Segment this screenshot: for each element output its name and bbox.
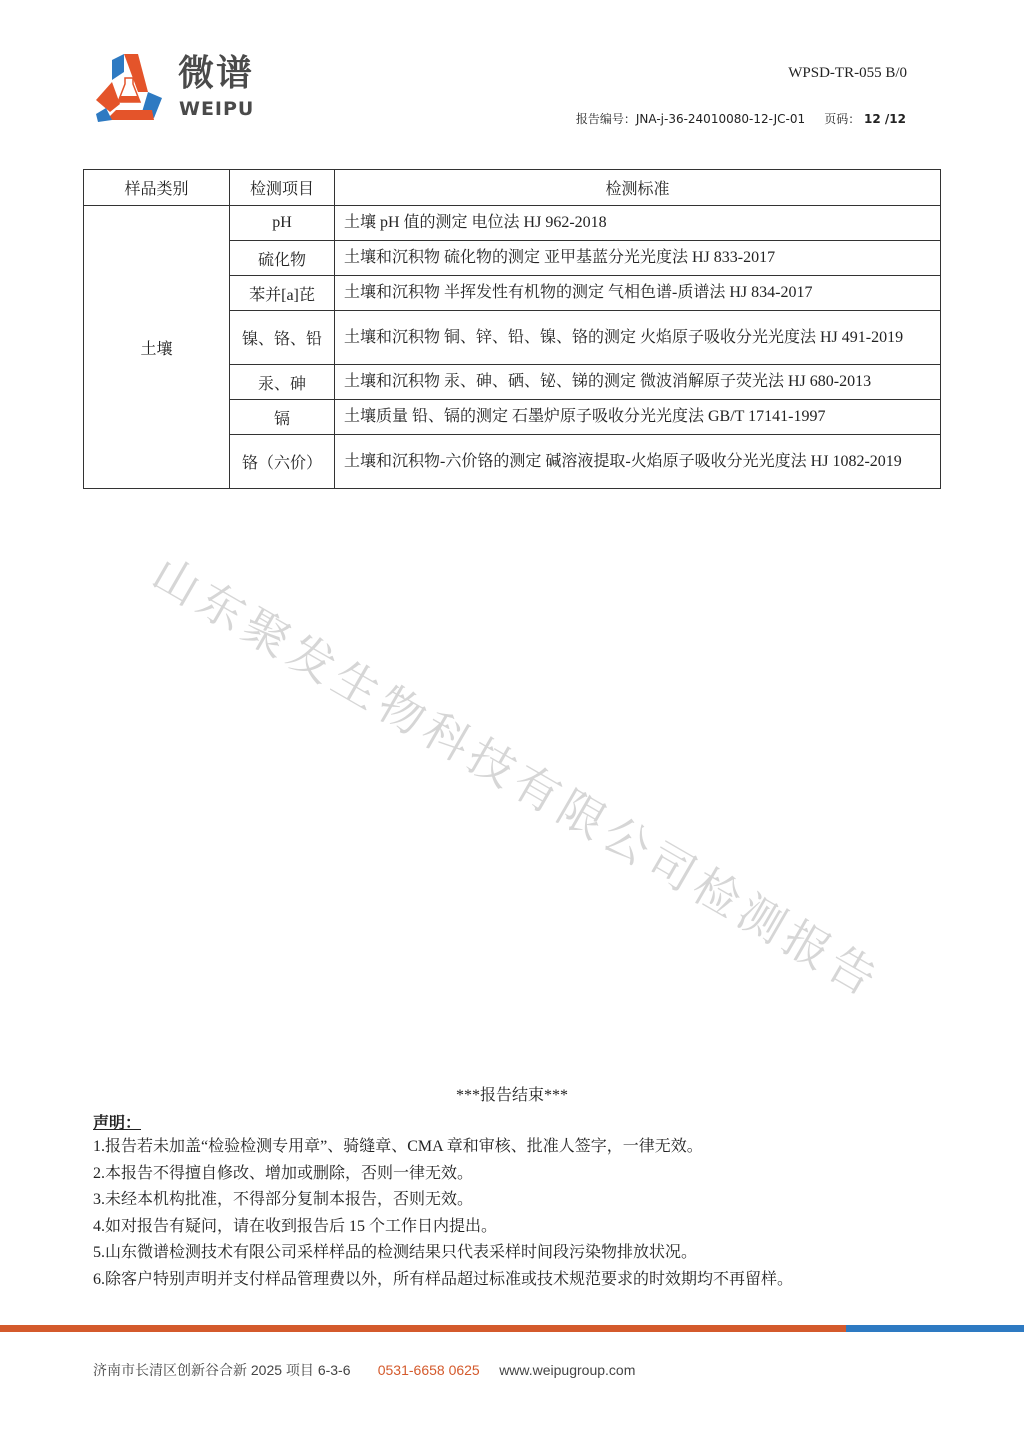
table-row: 土壤 pH 土壤 pH 值的测定 电位法 HJ 962-2018 [84, 206, 941, 241]
test-item-cell: pH [230, 206, 335, 241]
test-standard-cell: 土壤和沉积物 铜、锌、铅、镍、铬的测定 火焰原子吸收分光光度法 HJ 491-2… [335, 311, 941, 365]
footer-website: www.weipugroup.com [499, 1362, 635, 1378]
report-number: JNA-j-36-24010080-12-JC-01 [636, 112, 805, 126]
test-item-cell: 硫化物 [230, 241, 335, 276]
watermark: 山东聚发生物科技有限公司检测报告 [142, 538, 896, 1011]
test-item-cell: 镉 [230, 400, 335, 435]
header-sample-category: 样品类别 [84, 170, 230, 206]
test-standard-cell: 土壤质量 铅、镉的测定 石墨炉原子吸收分光光度法 GB/T 17141-1997 [335, 400, 941, 435]
report-number-label: 报告编号： [576, 112, 636, 126]
declaration-list: 1.报告若未加盖“检验检测专用章”、骑缝章、CMA 章和审核、批准人签字，一律无… [93, 1134, 793, 1293]
footer-address: 济南市长清区创新谷合新 2025 项目 6-3-6 [93, 1362, 351, 1378]
weipu-logo-icon [92, 52, 166, 126]
test-standard-cell: 土壤和沉积物 硫化物的测定 亚甲基蓝分光光度法 HJ 833-2017 [335, 241, 941, 276]
test-standard-cell: 土壤和沉积物 半挥发性有机物的测定 气相色谱-质谱法 HJ 834-2017 [335, 276, 941, 311]
declaration-item: 1.报告若未加盖“检验检测专用章”、骑缝章、CMA 章和审核、批准人签字，一律无… [93, 1134, 793, 1161]
report-end-mark: ***报告结束*** [0, 1082, 1024, 1105]
footer-divider-orange [0, 1325, 846, 1332]
table-header-row: 样品类别 检测项目 检测标准 [84, 170, 941, 206]
footer: 济南市长清区创新谷合新 2025 项目 6-3-6 0531-6658 0625… [93, 1360, 635, 1380]
sample-category-cell: 土壤 [84, 206, 230, 489]
test-item-cell: 苯并[a]芘 [230, 276, 335, 311]
logo-english-text: WEIPU [179, 98, 254, 120]
standards-table: 样品类别 检测项目 检测标准 土壤 pH 土壤 pH 值的测定 电位法 HJ 9… [83, 169, 941, 489]
test-item-cell: 镍、铬、铅 [230, 311, 335, 365]
header-test-standard: 检测标准 [335, 170, 941, 206]
declaration-item: 2.本报告不得擅自修改、增加或删除，否则一律无效。 [93, 1161, 793, 1188]
test-standard-cell: 土壤和沉积物-六价铬的测定 碱溶液提取-火焰原子吸收分光光度法 HJ 1082-… [335, 435, 941, 489]
company-logo: 微谱 WEIPU [92, 52, 282, 128]
page-label: 页码： [824, 112, 860, 126]
report-meta: 报告编号：JNA-j-36-24010080-12-JC-01 页码： 12 /… [576, 110, 906, 127]
document-code: WPSD-TR-055 B/0 [788, 65, 907, 82]
declaration-item: 3.未经本机构批准，不得部分复制本报告，否则无效。 [93, 1187, 793, 1214]
header-test-item: 检测项目 [230, 170, 335, 206]
test-standard-cell: 土壤 pH 值的测定 电位法 HJ 962-2018 [335, 206, 941, 241]
test-standard-cell: 土壤和沉积物 汞、砷、硒、铋、锑的测定 微波消解原子荧光法 HJ 680-201… [335, 365, 941, 400]
test-item-cell: 铬（六价） [230, 435, 335, 489]
logo-chinese-text: 微谱 [178, 52, 254, 96]
footer-divider-blue [846, 1325, 1024, 1332]
declaration-title: 声明： [93, 1110, 141, 1133]
declaration-item: 4.如对报告有疑问，请在收到报告后 15 个工作日内提出。 [93, 1214, 793, 1241]
declaration-item: 5.山东微谱检测技术有限公司采样样品的检测结果只代表采样时间段污染物排放状况。 [93, 1240, 793, 1267]
test-item-cell: 汞、砷 [230, 365, 335, 400]
footer-phone: 0531-6658 0625 [378, 1362, 480, 1378]
page-number: 12 /12 [864, 112, 906, 126]
declaration-item: 6.除客户特别声明并支付样品管理费以外，所有样品超过标准或技术规范要求的时效期均… [93, 1267, 793, 1294]
